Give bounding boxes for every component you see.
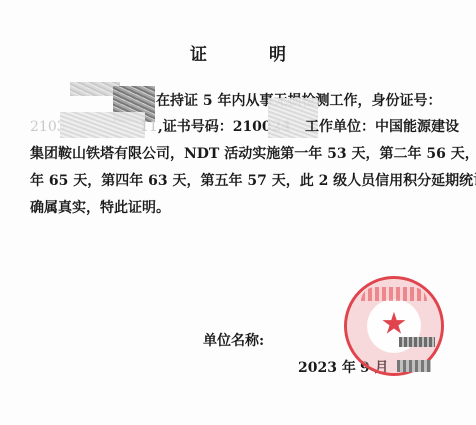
line5-text: 确属真实，特此证明。	[30, 200, 170, 216]
paragraph-line-3: 集团鞍山铁塔有限公司，NDT 活动实施第一年 53 天，第二年 56 天，第三	[30, 145, 476, 163]
document-title: 证 明	[0, 40, 476, 65]
line4-text: 年 65 天，第四年 63 天，第五年 57 天，此 2 级人员信用积分延期统计…	[30, 173, 476, 189]
unit-name-label: 单位名称:	[203, 330, 264, 350]
line3-text: 集团鞍山铁塔有限公司，NDT 活动实施第一年 53 天，第二年 56 天，第三	[30, 146, 476, 162]
seal-name-redacted	[399, 337, 435, 347]
work-unit-label: 工作单位：中国能源建设	[305, 119, 459, 135]
date-year: 2023 年	[298, 357, 356, 377]
redacted-id-number	[60, 112, 145, 138]
star-icon: ★	[381, 310, 408, 340]
paragraph-line-5: 确属真实，特此证明。	[30, 199, 170, 217]
cert-label: ,证书号码：	[158, 119, 233, 135]
paragraph-line-4: 年 65 天，第四年 63 天，第五年 57 天，此 2 级人员信用积分延期统计…	[30, 172, 476, 190]
id-number-suffix: 11	[140, 119, 158, 135]
certificate-page: 证 明 在持证 5 年内从事无损检测工作，身份证号： 2103 11,证书号码：…	[0, 0, 476, 425]
paragraph-line-2c: 工作单位：中国能源建设	[305, 118, 459, 136]
redacted-date-day	[397, 360, 431, 372]
seal-ring-text-redacted	[361, 287, 427, 301]
